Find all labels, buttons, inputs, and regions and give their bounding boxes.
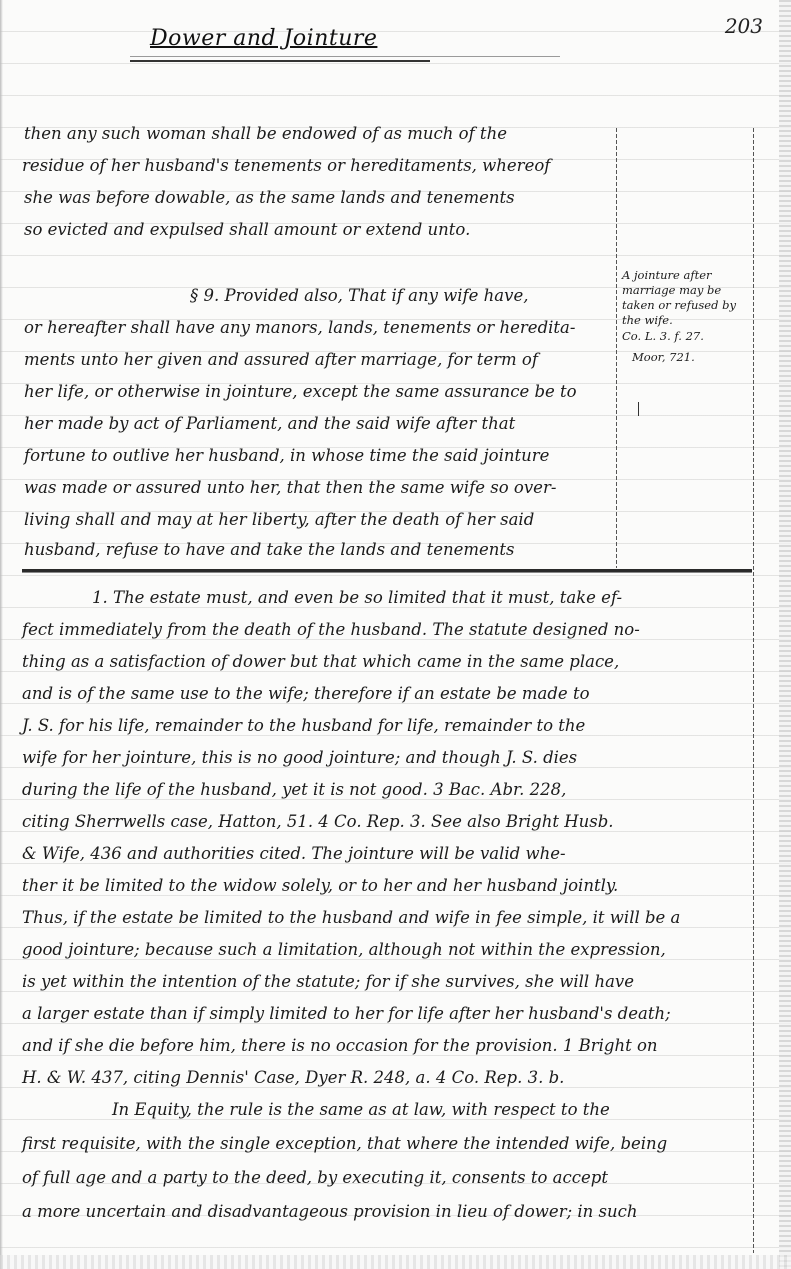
margin-citation: Moor, 721. xyxy=(622,350,750,365)
text-line: and if she die before him, there is no o… xyxy=(22,1036,658,1056)
title-underline xyxy=(130,60,430,62)
text-line: living shall and may at her liberty, aft… xyxy=(24,510,534,530)
commentary-heading-line: 1. The estate must, and even be so limit… xyxy=(92,588,622,608)
text-line: a more uncertain and disadvantageous pro… xyxy=(22,1202,638,1222)
page-bottom-edge xyxy=(0,1255,791,1269)
text-line: ther it be limited to the widow solely, … xyxy=(22,876,618,896)
outer-column-rule xyxy=(753,128,754,1253)
text-line: is yet within the intention of the statu… xyxy=(22,972,634,992)
text-line: citing Sherrwells case, Hatton, 51. 4 Co… xyxy=(22,812,614,832)
text-line: of full age and a party to the deed, by … xyxy=(22,1168,608,1188)
text-line: was made or assured unto her, that then … xyxy=(24,478,556,498)
text-line: and is of the same use to the wife; ther… xyxy=(22,684,590,704)
margin-citation: Co. L. 3. f. 27. xyxy=(622,329,750,344)
page-number: 203 xyxy=(725,14,763,38)
text-line: then any such woman shall be endowed of … xyxy=(24,124,507,144)
text-line: first requisite, with the single excepti… xyxy=(22,1134,667,1154)
text-line: & Wife, 436 and authorities cited. The j… xyxy=(22,844,566,864)
text-line: ments unto her given and assured after m… xyxy=(24,350,538,370)
text-line: fortune to outlive her husband, in whose… xyxy=(24,446,549,466)
text-line: her life, or otherwise in jointure, exce… xyxy=(24,382,577,402)
margin-column-rule xyxy=(616,128,617,568)
text-line: fect immediately from the death of the h… xyxy=(22,620,640,640)
manuscript-page: 203 Dower and Jointure then any such wom… xyxy=(0,0,791,1269)
page-title: Dower and Jointure xyxy=(150,26,377,51)
margin-note-text: A jointure after marriage may be taken o… xyxy=(622,268,736,327)
page-right-edge xyxy=(779,0,791,1269)
text-line: a larger estate than if simply limited t… xyxy=(22,1004,671,1024)
text-line: her made by act of Parliament, and the s… xyxy=(24,414,515,434)
margin-note: A jointure after marriage may be taken o… xyxy=(622,268,750,365)
text-line: so evicted and expulsed shall amount or … xyxy=(24,220,470,240)
page-left-edge xyxy=(0,0,3,1269)
text-line: Thus, if the estate be limited to the hu… xyxy=(22,908,680,928)
text-line: H. & W. 437, citing Dennis' Case, Dyer R… xyxy=(22,1068,564,1088)
text-line: wife for her jointure, this is no good j… xyxy=(22,748,577,768)
text-line: during the life of the husband, yet it i… xyxy=(22,780,566,800)
equity-paragraph-line: In Equity, the rule is the same as at la… xyxy=(112,1100,610,1120)
section-heading-line: § 9. Provided also, That if any wife hav… xyxy=(190,286,528,306)
text-line: residue of her husband's tenements or he… xyxy=(22,156,550,176)
text-line: thing as a satisfaction of dower but tha… xyxy=(22,652,619,672)
text-line: she was before dowable, as the same land… xyxy=(24,188,515,208)
text-line: good jointure; because such a limitation… xyxy=(22,940,666,960)
text-line: or hereafter shall have any manors, land… xyxy=(24,318,575,338)
header-rule-faint xyxy=(130,56,560,57)
text-line: husband, refuse to have and take the lan… xyxy=(24,540,515,560)
margin-mark xyxy=(638,402,639,416)
text-line: J. S. for his life, remainder to the hus… xyxy=(22,716,585,736)
section-divider xyxy=(22,569,752,572)
